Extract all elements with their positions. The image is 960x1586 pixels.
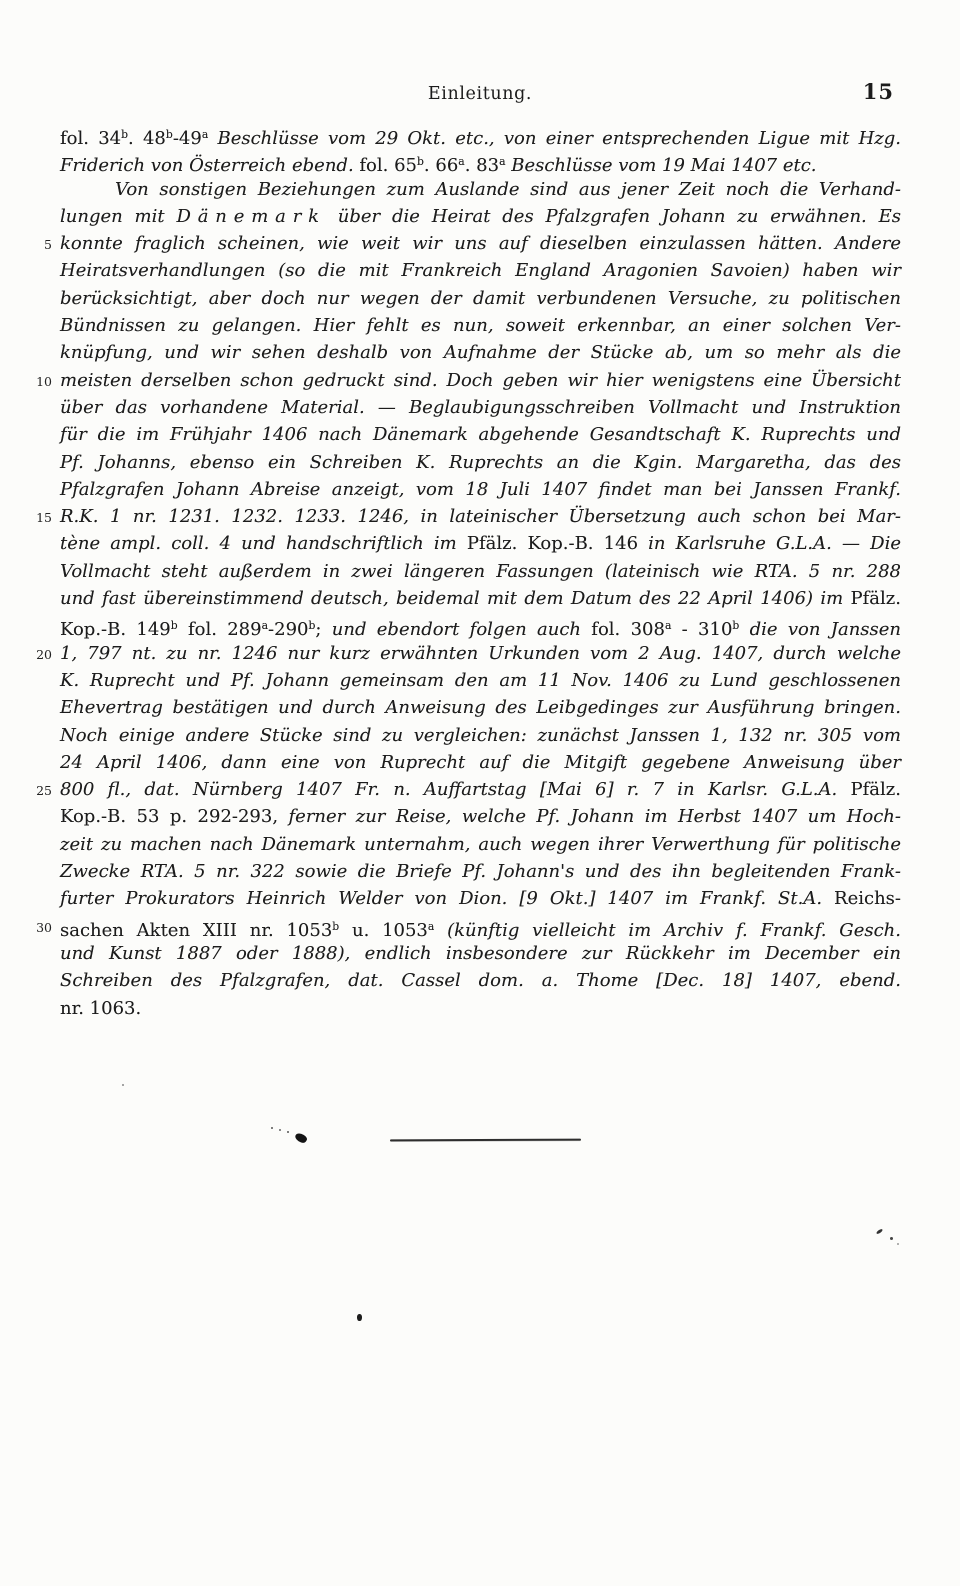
text-run: lungen mit [60,206,176,227]
text-line: sachen Akten XIII nr. 1053b u. 1053a (kü… [60,913,901,940]
text-run: Zwecke RTA. 5 nr. 322 sowie die Briefe P… [60,861,901,882]
page-number: 15 [863,79,894,104]
text-line: Zwecke RTA. 5 nr. 322 sowie die Briefe P… [60,858,901,885]
text-run: Vollmacht steht außerdem in zwei längere… [60,561,901,582]
body-text: fol. 34b. 48b-49a Beschlüsse vom 29 Okt.… [60,121,901,1022]
page-heading: Einleitung. [0,84,960,104]
text-run: konnte fraglich scheinen, wie weit wir u… [60,233,901,254]
scan-speck [287,1131,289,1133]
scan-speck [890,1237,893,1240]
text-run: Pf. Johanns, ebenso ein Schreiben K. Rup… [60,452,901,473]
text-line: berücksichtigt, aber doch nur wegen der … [60,285,901,312]
text-run: Pfalzgrafen Johann Abreise anzeigt, vom … [60,479,901,500]
text-line: Pf. Johanns, ebenso ein Schreiben K. Rup… [60,449,901,476]
text-run: für die im Frühjahr 1406 nach Dänemark a… [60,424,901,445]
margin-line-number: 30 [28,920,52,935]
text-run: berücksichtigt, aber doch nur wegen der … [60,288,901,309]
text-run: . 83 [465,155,499,176]
text-run: Beschlüsse vom 19 Mai 1407 etc. [506,155,817,176]
text-run: -290 [268,619,308,640]
text-line: Noch einige andere Stücke sind zu vergle… [60,722,901,749]
text-run: - 310 [671,619,732,640]
text-run: meisten derselben schon gedruckt sind. D… [60,370,901,391]
text-run: 24 April 1406, dann eine von Ruprecht au… [60,752,901,773]
text-line: lungen mit Dänemark über die Heirat des … [60,203,901,230]
margin-line-number: 5 [28,237,52,252]
text-run: . 48 [128,128,166,149]
text-line: Heiratsverhandlungen (so die mit Frankre… [60,257,901,284]
text-line: über das vorhandene Material. — Beglaubi… [60,394,901,421]
text-run: über die Heirat des Pfalzgrafen Johann z… [326,206,901,227]
margin-line-number: 20 [28,647,52,662]
text-line: konnte fraglich scheinen, wie weit wir u… [60,230,901,257]
text-line: und Kunst 1887 oder 1888), endlich insbe… [60,940,901,967]
scan-speck [357,1314,362,1321]
scan-speck [122,1084,124,1086]
text-line: Schreiben des Pfalzgrafen, dat. Cassel d… [60,967,901,994]
margin-line-number: 25 [28,783,52,798]
text-run: Kop.-B. 149 [60,619,171,640]
text-run: (künftig vielleicht im Archiv f. Frankf.… [434,920,901,941]
margin-line-number: 15 [28,510,52,525]
text-line: furter Prokurators Heinrich Welder von D… [60,885,901,912]
book-page: Einleitung. 15 fol. 34b. 48b-49a Beschlü… [0,0,960,1586]
text-run: Bündnissen zu gelangen. Hier fehlt es nu… [60,315,901,336]
text-run: . 66 [424,155,458,176]
text-line: fol. 34b. 48b-49a Beschlüsse vom 29 Okt.… [60,121,901,148]
text-run: zeit zu machen nach Dänemark unternahm, … [60,834,901,855]
section-divider-rule [390,1139,581,1142]
text-run: fol. 65 [359,155,417,176]
text-run: und fast übereinstimmend deutsch, beidem… [60,588,851,609]
text-run: Ehevertrag bestätigen und durch Anweisun… [60,697,901,718]
text-run: Kop.-B. 53 p. 292-293, [60,806,289,827]
text-line: Ehevertrag bestätigen und durch Anweisun… [60,694,901,721]
scan-speck [876,1228,883,1234]
text-line: 24 April 1406, dann eine von Ruprecht au… [60,749,901,776]
text-run: 1, 797 nt. zu nr. 1246 nur kurz erwähnte… [60,643,901,664]
text-line: für die im Frühjahr 1406 nach Dänemark a… [60,421,901,448]
text-run: b [166,128,173,141]
text-run: Dänemark [176,206,325,227]
text-run: Noch einige andere Stücke sind zu vergle… [60,725,901,746]
text-run: R.K. 1 nr. 1231. 1232. 1233. 1246, in la… [60,506,901,527]
text-line: 1, 797 nt. zu nr. 1246 nur kurz erwähnte… [60,640,901,667]
scan-speck [294,1131,308,1144]
text-line: Kop.-B. 149b fol. 289a-290b; und ebendor… [60,612,901,639]
text-line: nr. 1063. [60,995,901,1022]
text-run: in Karlsruhe G.L.A. — Die [648,533,901,554]
text-line: meisten derselben schon gedruckt sind. D… [60,367,901,394]
text-run: fol. 289 [178,619,262,640]
text-run: Von sonstigen Beziehungen zum Auslande s… [115,179,901,200]
text-run: furter Prokurators Heinrich Welder von D… [60,888,834,909]
text-run: fol. 34 [60,128,121,149]
text-run: Reichs- [834,888,901,909]
text-run: b [171,619,178,632]
text-line: Kop.-B. 53 p. 292-293, ferner zur Reise,… [60,803,901,830]
text-line: 800 fl., dat. Nürnberg 1407 Fr. n. Auffa… [60,776,901,803]
text-run: über das vorhandene Material. — Beglaubi… [60,397,901,418]
scan-speck [897,1243,899,1245]
text-line: Pfalzgrafen Johann Abreise anzeigt, vom … [60,476,901,503]
text-run: fol. 308 [591,619,665,640]
text-run: Pfälz. Kop.-B. 146 [467,533,648,554]
text-line: Friderich von Österreich ebend. fol. 65b… [60,148,901,175]
text-line: Vollmacht steht außerdem in zwei längere… [60,558,901,585]
text-run: Schreiben des Pfalzgrafen, dat. Cassel d… [60,970,901,991]
scan-speck [271,1127,273,1129]
text-run: b [121,128,128,141]
text-run: K. Ruprecht und Pf. Johann gemeinsam den… [60,670,901,691]
text-run: Pfälz. [851,588,901,609]
text-line: K. Ruprecht und Pf. Johann gemeinsam den… [60,667,901,694]
text-run: ferner zur Reise, welche Pf. Johann im H… [289,806,901,827]
text-run: knüpfung, und wir sehen deshalb von Aufn… [60,342,901,363]
scan-speck [279,1129,281,1131]
text-run: tène ampl. coll. 4 und handschriftlich i… [60,533,467,554]
text-run: Friderich von Österreich ebend. [60,155,359,176]
text-run: die von Janssen [739,619,901,640]
margin-line-number: 10 [28,374,52,389]
text-run: sachen Akten XIII nr. 1053 [60,920,332,941]
text-line: und fast übereinstimmend deutsch, beidem… [60,585,901,612]
text-run: -49 [173,128,202,149]
text-run: und ebendort folgen auch [332,619,592,640]
text-line: R.K. 1 nr. 1231. 1232. 1233. 1246, in la… [60,503,901,530]
text-run: b [417,155,424,168]
text-run: und Kunst 1887 oder 1888), endlich insbe… [60,943,901,964]
text-run: Pfälz. [851,779,901,800]
text-line: knüpfung, und wir sehen deshalb von Aufn… [60,339,901,366]
text-run: 800 fl., dat. Nürnberg 1407 Fr. n. Auffa… [60,779,851,800]
text-line: Bündnissen zu gelangen. Hier fehlt es nu… [60,312,901,339]
text-run: ; [315,619,331,640]
text-run: Heiratsverhandlungen (so die mit Frankre… [60,260,901,281]
text-run: u. 1053 [339,920,428,941]
text-line: zeit zu machen nach Dänemark unternahm, … [60,831,901,858]
text-run: Beschlüsse vom 29 Okt. etc., von einer e… [208,128,901,149]
text-line: Von sonstigen Beziehungen zum Auslande s… [60,176,901,203]
text-line: tène ampl. coll. 4 und handschriftlich i… [60,530,901,557]
text-run: nr. 1063. [60,998,141,1019]
